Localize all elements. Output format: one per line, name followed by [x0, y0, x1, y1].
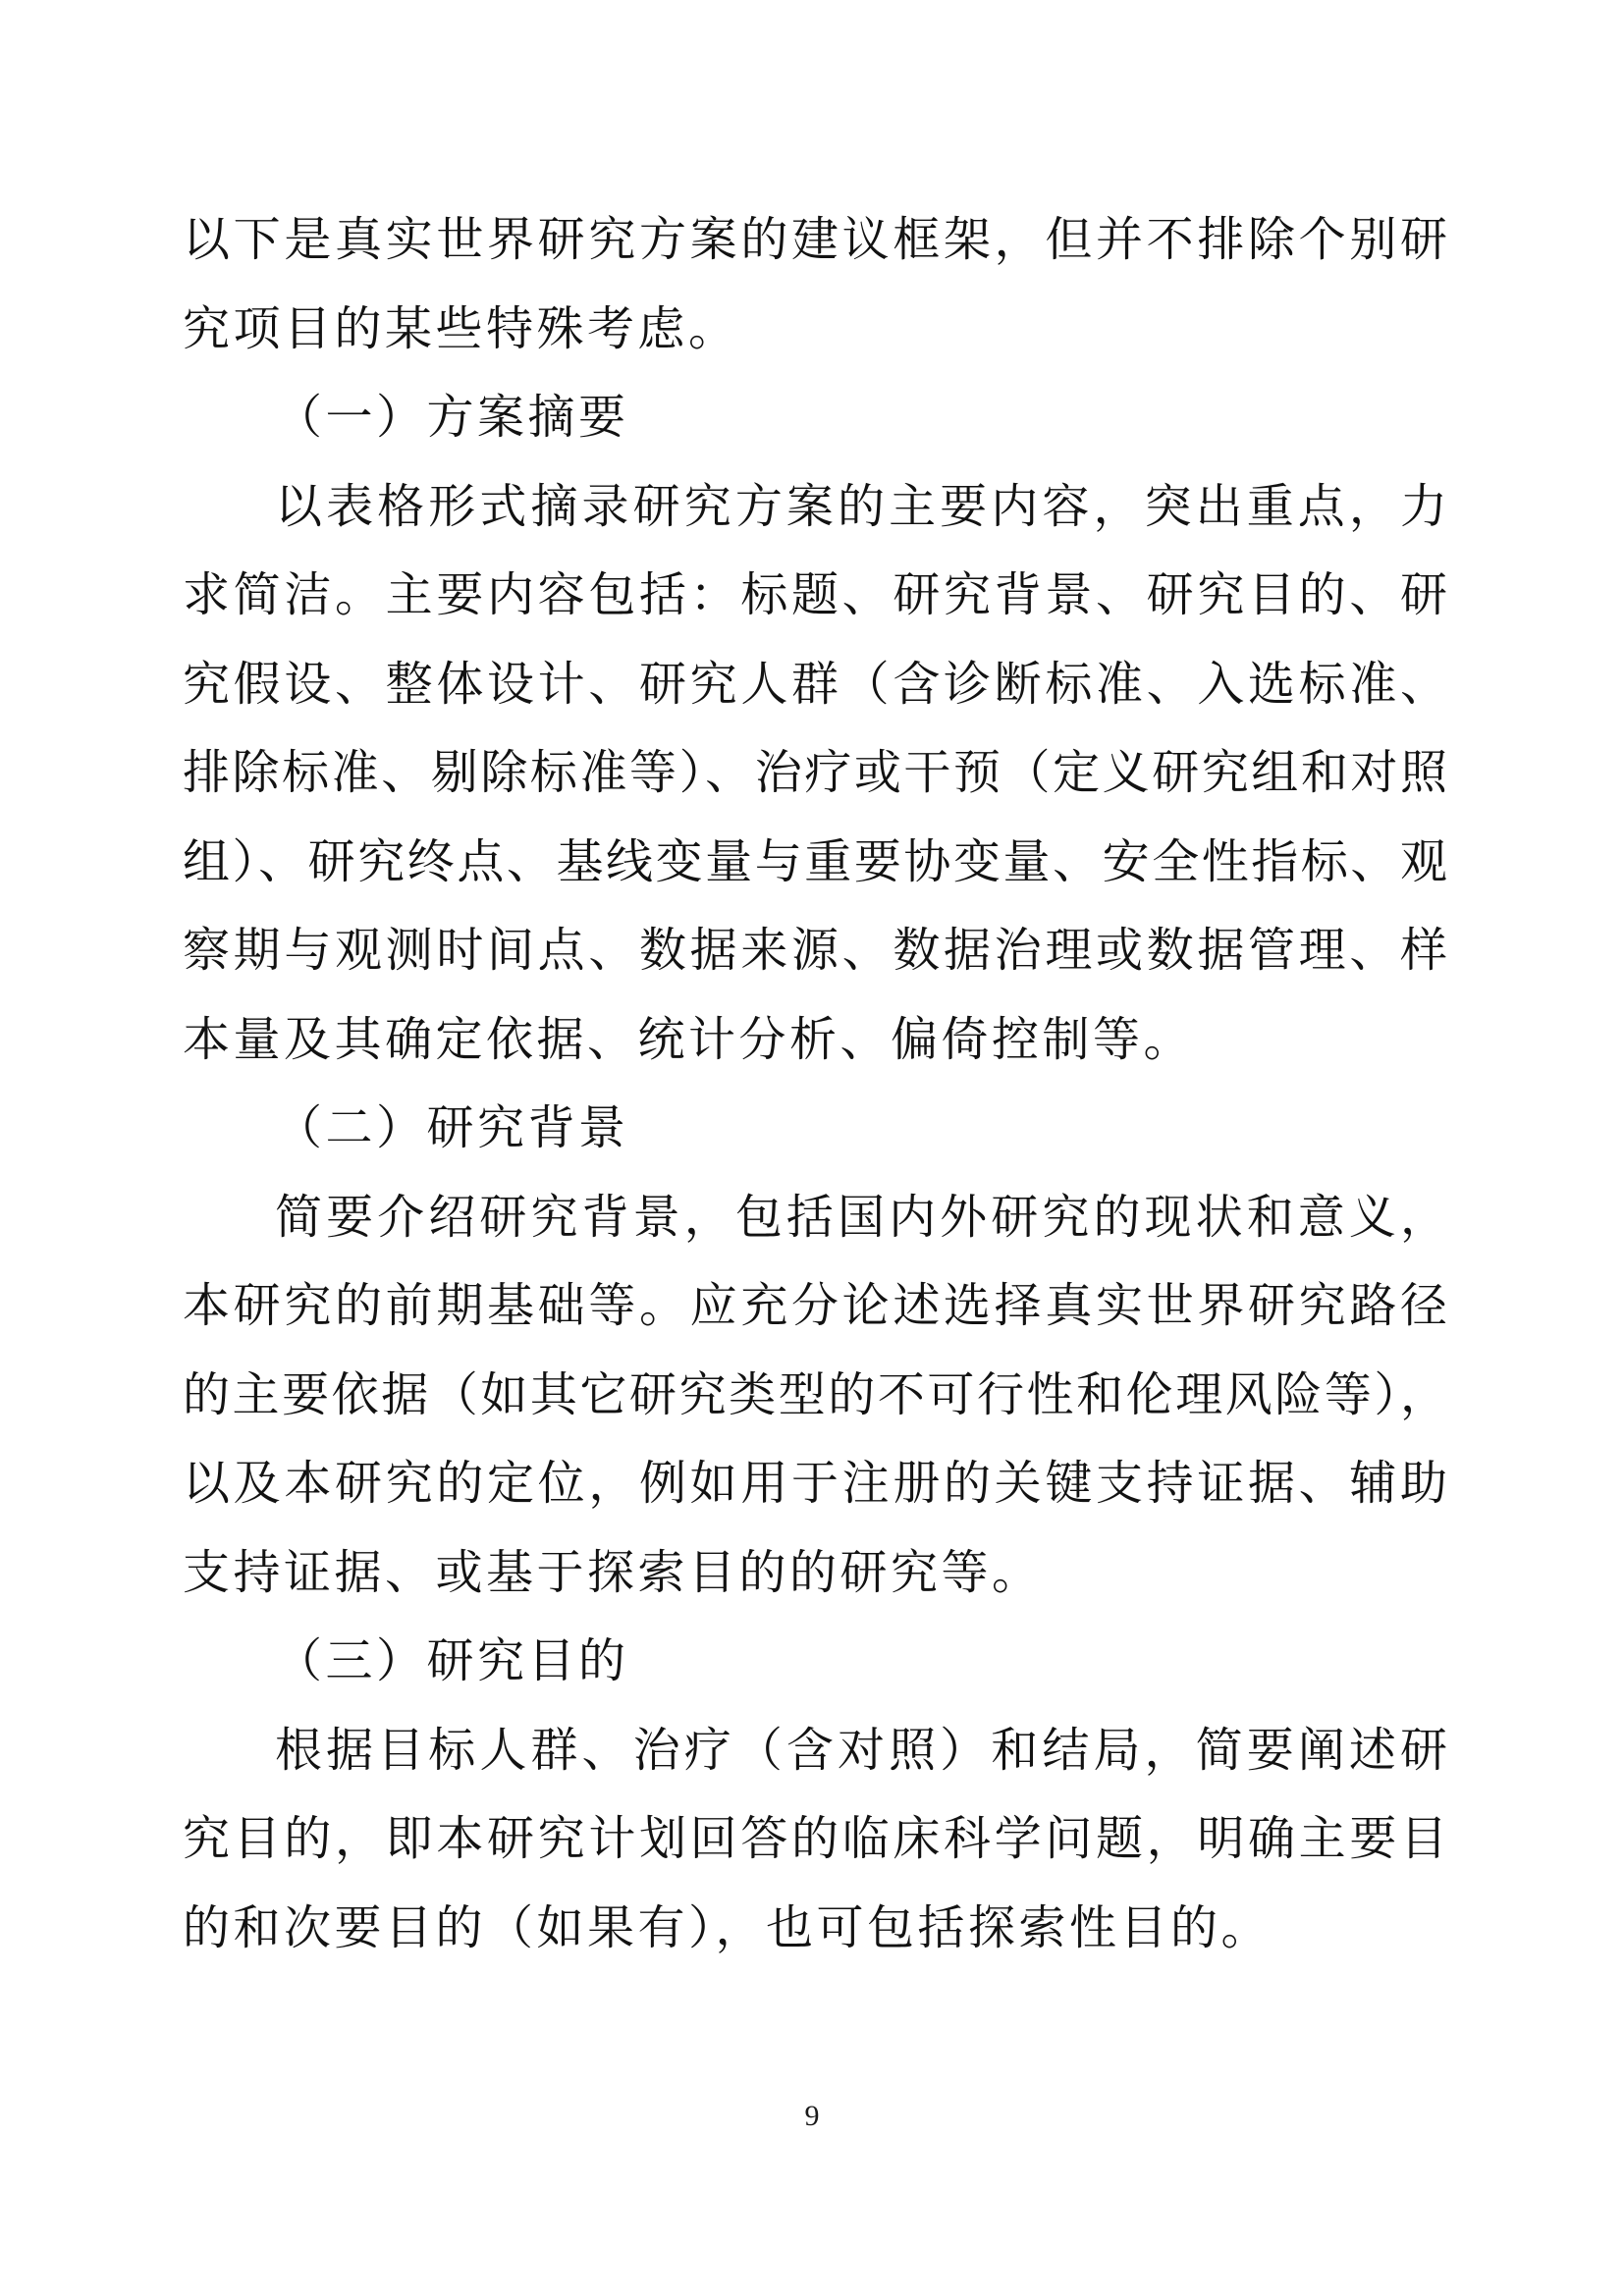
section-heading: （二）研究背景 [183, 1085, 1447, 1174]
text-line: 排除标准、剔除标准等）、治疗或干预（定义研究组和对照 [183, 729, 1447, 819]
paragraph: 以表格形式摘录研究方案的主要内容，突出重点，力求简洁。主要内容包括：标题、研究背… [183, 463, 1447, 1086]
document-body: 以下是真实世界研究方案的建议框架，但并不排除个别研究项目的某些特殊考虑。（一）方… [183, 196, 1447, 1973]
text-line: 以表格形式摘录研究方案的主要内容，突出重点，力 [183, 463, 1447, 553]
paragraph: 以下是真实世界研究方案的建议框架，但并不排除个别研究项目的某些特殊考虑。 [183, 196, 1447, 374]
text-line: 以下是真实世界研究方案的建议框架，但并不排除个别研 [183, 196, 1447, 286]
section-heading: （三）研究目的 [183, 1618, 1447, 1707]
page-number: 9 [0, 2099, 1624, 2134]
text-line: 求简洁。主要内容包括：标题、研究背景、研究目的、研 [183, 552, 1447, 641]
text-line: 本量及其确定依据、统计分析、偏倚控制等。 [183, 996, 1447, 1086]
text-line: 究目的，即本研究计划回答的临床科学问题，明确主要目 [183, 1795, 1447, 1885]
heading-line: （三）研究目的 [183, 1618, 1447, 1707]
paragraph: 简要介绍研究背景，包括国内外研究的现状和意义，本研究的前期基础等。应充分论述选择… [183, 1174, 1447, 1619]
text-line: 究项目的某些特殊考虑。 [183, 286, 1447, 375]
text-line: 本研究的前期基础等。应充分论述选择真实世界研究路径 [183, 1262, 1447, 1352]
document-page: 以下是真实世界研究方案的建议框架，但并不排除个别研究项目的某些特殊考虑。（一）方… [0, 0, 1624, 2296]
text-line: 简要介绍研究背景，包括国内外研究的现状和意义， [183, 1174, 1447, 1263]
text-line: 支持证据、或基于探索目的的研究等。 [183, 1529, 1447, 1619]
text-line: 的主要依据（如其它研究类型的不可行性和伦理风险等）， [183, 1352, 1447, 1441]
text-line: 的和次要目的（如果有），也可包括探索性目的。 [183, 1885, 1447, 1974]
text-line: 究假设、整体设计、研究人群（含诊断标准、入选标准、 [183, 641, 1447, 730]
text-line: 组）、研究终点、基线变量与重要协变量、安全性指标、观 [183, 819, 1447, 908]
paragraph: 根据目标人群、治疗（含对照）和结局，简要阐述研究目的，即本研究计划回答的临床科学… [183, 1707, 1447, 1974]
heading-line: （二）研究背景 [183, 1085, 1447, 1174]
heading-line: （一）方案摘要 [183, 374, 1447, 463]
text-line: 以及本研究的定位，例如用于注册的关键支持证据、辅助 [183, 1440, 1447, 1529]
text-line: 根据目标人群、治疗（含对照）和结局，简要阐述研 [183, 1707, 1447, 1796]
section-heading: （一）方案摘要 [183, 374, 1447, 463]
text-line: 察期与观测时间点、数据来源、数据治理或数据管理、样 [183, 907, 1447, 996]
